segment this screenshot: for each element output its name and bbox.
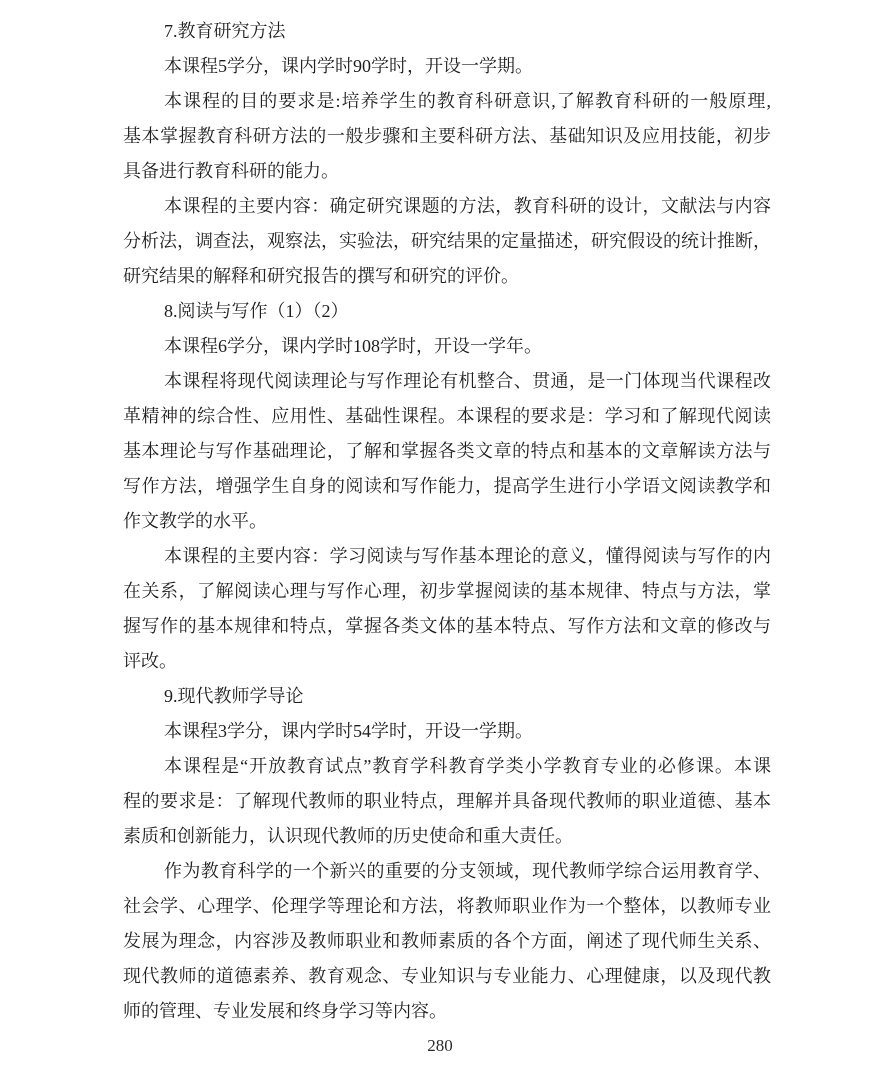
text-line: 师的管理、专业发展和终身学习等内容。 [123,994,771,1029]
text-line: 写作方法，增强学生自身的阅读和写作能力，提高学生进行小学语文阅读教学和 [123,469,771,504]
text-line: 本课程6学分，课内学时108学时，开设一学年。 [123,329,771,364]
page-number: 280 [427,1036,453,1055]
text-line: 基本掌握教育科研方法的一般步骤和主要科研方法、基础知识及应用技能，初步 [123,119,771,154]
page-footer: 280 [0,1036,880,1056]
course-section-7: 7.教育研究方法 本课程5学分，课内学时90学时，开设一学期。 本课程的目的要求… [123,14,771,294]
text-line: 素质和创新能力，认识现代教师的历史使命和重大责任。 [123,819,771,854]
text-line: 作文教学的水平。 [123,504,771,539]
paragraph: 本课程的目的要求是:培养学生的教育科研意识,了解教育科研的一般原理, 基本掌握教… [123,84,771,189]
paragraph: 本课程5学分，课内学时90学时，开设一学期。 [123,49,771,84]
course-heading: 9.现代教师学导论 [123,679,771,714]
text-line: 本课程5学分，课内学时90学时，开设一学期。 [123,49,771,84]
course-section-9: 9.现代教师学导论 本课程3学分，课内学时54学时，开设一学期。 本课程是“开放… [123,679,771,1029]
paragraph: 本课程是“开放教育试点”教育学科教育学类小学教育专业的必修课。本课 程的要求是：… [123,749,771,854]
text-line: 作为教育科学的一个新兴的重要的分支领域，现代教师学综合运用教育学、 [123,854,771,889]
text-line: 在关系，了解阅读心理与写作心理，初步掌握阅读的基本规律、特点与方法，掌 [123,574,771,609]
text-line: 程的要求是：了解现代教师的职业特点，理解并具备现代教师的职业道德、基本 [123,784,771,819]
paragraph: 本课程将现代阅读理论与写作理论有机整合、贯通，是一门体现当代课程改 革精神的综合… [123,364,771,539]
text-line: 社会学、心理学、伦理学等理论和方法，将教师职业作为一个整体，以教师专业 [123,889,771,924]
text-line: 革精神的综合性、应用性、基础性课程。本课程的要求是：学习和了解现代阅读 [123,399,771,434]
text-line: 分析法，调查法，观察法，实验法，研究结果的定量描述，研究假设的统计推断， [123,224,771,259]
text-line: 基本理论与写作基础理论，了解和掌握各类文章的特点和基本的文章解读方法与 [123,434,771,469]
paragraph: 作为教育科学的一个新兴的重要的分支领域，现代教师学综合运用教育学、 社会学、心理… [123,854,771,1029]
text-line: 研究结果的解释和研究报告的撰写和研究的评价。 [123,259,771,294]
course-section-8: 8.阅读与写作（1）（2） 本课程6学分，课内学时108学时，开设一学年。 本课… [123,294,771,679]
course-heading: 7.教育研究方法 [123,14,771,49]
text-line: 本课程的主要内容：学习阅读与写作基本理论的意义，懂得阅读与写作的内 [123,539,771,574]
text-line: 发展为理念，内容涉及教师职业和教师素质的各个方面，阐述了现代师生关系、 [123,924,771,959]
text-line: 评改。 [123,644,771,679]
text-line: 本课程3学分，课内学时54学时，开设一学期。 [123,714,771,749]
text-line: 本课程的目的要求是:培养学生的教育科研意识,了解教育科研的一般原理, [123,84,771,119]
paragraph: 本课程的主要内容：学习阅读与写作基本理论的意义，懂得阅读与写作的内 在关系，了解… [123,539,771,679]
text-line: 本课程是“开放教育试点”教育学科教育学类小学教育专业的必修课。本课 [123,749,771,784]
text-line: 握写作的基本规律和特点，掌握各类文体的基本特点、写作方法和文章的修改与 [123,609,771,644]
paragraph: 本课程6学分，课内学时108学时，开设一学年。 [123,329,771,364]
text-line: 具备进行教育科研的能力。 [123,154,771,189]
text-line: 现代教师的道德素养、教育观念、专业知识与专业能力、心理健康，以及现代教 [123,959,771,994]
paragraph: 本课程的主要内容：确定研究课题的方法，教育科研的设计，文献法与内容 分析法，调查… [123,189,771,294]
paragraph: 本课程3学分，课内学时54学时，开设一学期。 [123,714,771,749]
text-line: 本课程的主要内容：确定研究课题的方法，教育科研的设计，文献法与内容 [123,189,771,224]
course-heading: 8.阅读与写作（1）（2） [123,294,771,329]
document-page: 7.教育研究方法 本课程5学分，课内学时90学时，开设一学期。 本课程的目的要求… [0,0,880,1084]
text-line: 本课程将现代阅读理论与写作理论有机整合、贯通，是一门体现当代课程改 [123,364,771,399]
document-content: 7.教育研究方法 本课程5学分，课内学时90学时，开设一学期。 本课程的目的要求… [123,14,771,1029]
